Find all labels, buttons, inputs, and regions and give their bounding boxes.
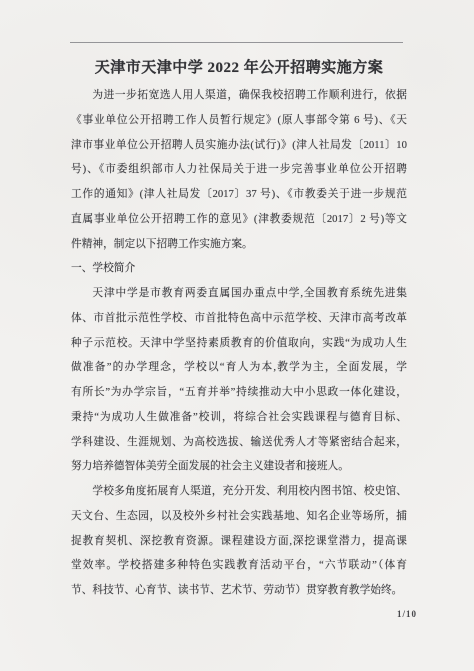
paragraph-1-line: 件精神，制定以下招聘工作实施方案。: [71, 232, 407, 257]
paragraph-2-line: 秉持“为成功人生做准备”校训，将综合社会实践课程与德育目标、: [71, 405, 407, 430]
paragraph-2-line: 天津中学是市教育两委直属国办重点中学,全国教育系统先进集: [71, 281, 407, 306]
paragraph-3-line: 节、科技节、心育节、读书节、艺术节、劳动节）贯穿教育教学始终。: [71, 578, 407, 603]
paragraph-3-line: 堂效率。学校搭建多种特色实践教育活动平台，“六节联动”（体育: [71, 553, 407, 578]
paragraph-2-line: 努力培养德智体美劳全面发展的社会主义建设者和接班人。: [71, 454, 407, 479]
paragraph-1-line: 工作的通知》(津人社局发〔2017〕37 号)、《市教委关于进一步规范: [71, 182, 407, 207]
paragraph-2-line: 种子示范校。天津中学坚持素质教育的价值取向，实践“为成功人生: [71, 331, 407, 356]
section-heading-school-intro: 一、学校简介: [71, 256, 407, 281]
paragraph-1-line: 为进一步拓宽选人用人渠道，确保我校招聘工作顺利进行，依据: [71, 83, 407, 108]
paragraph-1-line: 直属事业单位公开招聘工作的意见》(津教委规范〔2017〕2 号)等文: [71, 207, 407, 232]
page-number: 1/10: [397, 609, 417, 619]
paragraph-2-line: 学科建设、生涯规划、为高校选拔、输送优秀人才等紧密结合起来，: [71, 430, 407, 455]
paragraph-2-line: 有所长”为办学宗旨，“五育并举”持续推动大中小思政一体化建设，: [71, 380, 407, 405]
paragraph-2-line: 做准备”的办学理念，学校以“育人为本,教学为主，全面发展，学: [71, 355, 407, 380]
paragraph-1-line: 津市事业单位公开招聘人员实施办法(试行)》(津人社局发〔2011〕10: [71, 133, 407, 158]
paragraph-2-line: 体、市首批示范性学校、市首批特色高中示范学校、天津市高考改革: [71, 306, 407, 331]
paragraph-3-line: 捉教育契机、深挖教育资源。课程建设方面,深挖课堂潜力，提高课: [71, 529, 407, 554]
header-divider-line: [70, 42, 403, 43]
paragraph-1-line: 《事业单位公开招聘工作人员暂行规定》(原人事部令第 6 号)、《天: [71, 108, 407, 133]
document-body: 为进一步拓宽选人用人渠道，确保我校招聘工作顺利进行，依据 《事业单位公开招聘工作…: [71, 83, 407, 603]
paragraph-3-line: 天文台、生态园，以及校外乡村社会实践基地、知名企业等场所，捕: [71, 504, 407, 529]
document-title: 天津市天津中学 2022 年公开招聘实施方案: [71, 56, 407, 77]
scanned-document-page: 天津市天津中学 2022 年公开招聘实施方案 为进一步拓宽选人用人渠道，确保我校…: [0, 0, 474, 671]
paragraph-1-line: 号)、《市委组织部市人力社保局关于进一步完善事业单位公开招聘: [71, 157, 407, 182]
paragraph-3-line: 学校多角度拓展育人渠道，充分开发、利用校内图书馆、校史馆、: [71, 479, 407, 504]
